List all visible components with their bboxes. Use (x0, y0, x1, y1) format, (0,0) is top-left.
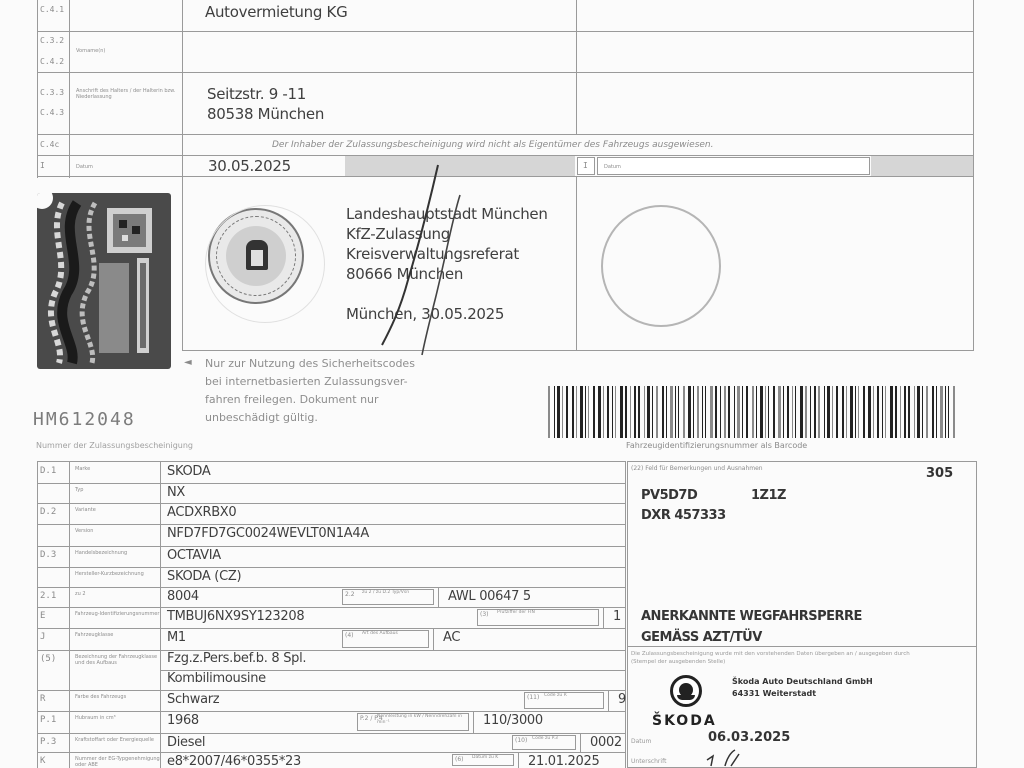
field-sub-code: (3) (480, 612, 489, 618)
field-value: 8004 (167, 589, 199, 604)
field-label: Fahrzeugklasse (75, 632, 160, 638)
field-value: Fzg.z.Pers.bef.b. 8 Spl. (167, 651, 306, 666)
security-code-sticker (37, 193, 171, 369)
table-row: Hersteller-KurzbezeichnungSKODA (CZ) (37, 567, 625, 587)
field-code: I (583, 161, 588, 170)
field-label: Hubraum in cm³ (75, 715, 160, 721)
field-label: Hersteller-Kurzbezeichnung (75, 571, 160, 577)
field-code: P.1 (40, 715, 56, 725)
field-label: Bezeichnung der Fahrzeugklasse und des A… (75, 654, 160, 666)
ownership-disclaimer: Der Inhaber der Zulassungsbescheinigung … (272, 140, 714, 150)
security-note-line: Nur zur Nutzung des Sicherheitscodes (205, 357, 415, 370)
field-value: M1 (167, 630, 186, 645)
field-value: NX (167, 485, 185, 500)
holder-city: 80538 München (207, 105, 324, 123)
dealer-header: Die Zulassungsbescheinigung wurde mit de… (631, 650, 931, 666)
field-value: e8*2007/46*0355*23 (167, 754, 301, 768)
field-code: C.4.3 (40, 108, 64, 117)
remarks-code-2: 1Z1Z (751, 488, 786, 503)
remarks-code-1: PV5D7D (641, 488, 697, 503)
table-row: (5)Bezeichnung der Fahrzeugklasse und de… (37, 650, 625, 690)
field-label: Fahrzeug-Identifizierungsnummer (75, 611, 160, 617)
table-row: EFahrzeug-IdentifizierungsnummerTMBUJ6NX… (37, 607, 625, 628)
document-number: HM612048 (33, 409, 136, 430)
remarks-note-1: ANERKANNTE WEGFAHRSPERRE (641, 609, 862, 624)
field-sub-value: 110/3000 (483, 713, 543, 728)
field-label: Marke (75, 466, 160, 472)
remarks-page-code: 305 (926, 466, 953, 481)
issue-date: 30.05.2025 (208, 157, 291, 175)
field-label: Version (75, 528, 160, 534)
dealer-date-label: Datum (631, 738, 651, 745)
table-row: D.2VarianteACDXRBX0 (37, 503, 625, 524)
field-code: C.4.1 (40, 5, 64, 14)
stamp-circle (601, 205, 721, 327)
field-label: Vorname(n) (76, 48, 105, 54)
field-code: D.1 (40, 466, 56, 476)
field-code: D.2 (40, 507, 56, 517)
security-note-line: unbeschädigt gültig. (205, 411, 318, 424)
field-sub-code: (4) (345, 633, 354, 639)
field-sub-value: 9 (618, 692, 626, 707)
remarks-note-2: GEMÄSS AZT/TÜV (641, 630, 762, 645)
dealer-signature-label: Unterschrift (631, 758, 666, 765)
field-code: E (40, 611, 45, 621)
barcode-caption: Fahrzeugidentifizierungsnummer als Barco… (626, 441, 807, 450)
field-label: zu 2 (75, 591, 160, 597)
field-sub-value: AWL 00647 5 (448, 589, 531, 604)
field-label: Datum (76, 164, 93, 170)
field-value: Schwarz (167, 692, 219, 707)
table-row: VersionNFD7FD7GC0024WEVLT0N1A4A (37, 524, 625, 546)
field-sub-label: Code zu R (544, 693, 600, 699)
field-sub-code: (6) (455, 757, 464, 763)
field-label: Typ (75, 487, 160, 493)
field-code: I (40, 161, 45, 170)
table-row: D.1MarkeSKODA (37, 462, 625, 483)
field-label: Farbe des Fahrzeugs (75, 694, 160, 700)
field-code: C.4.2 (40, 57, 64, 66)
field-value: 1968 (167, 713, 199, 728)
field-label: Anschrift des Halters / der Halterin bzw… (76, 88, 176, 100)
security-note-line: fahren freilegen. Dokument nur (205, 393, 379, 406)
field-sub-value: 21.01.2025 (528, 754, 599, 768)
field-code: (5) (40, 654, 56, 664)
holder-name: Autovermietung KG (205, 3, 347, 21)
security-note-line: bei internetbasierten Zulassungsver- (205, 375, 408, 388)
signature-icon (360, 160, 480, 360)
field-sub-value: 1 (613, 609, 621, 624)
field-value: Diesel (167, 735, 205, 750)
table-row: D.3HandelsbezeichnungOCTAVIA (37, 546, 625, 567)
table-row: P.3Kraftstoffart oder EnergiequelleDiese… (37, 733, 625, 752)
field-sub-value: AC (443, 630, 460, 645)
field-sub-label: Art des Aufbaus (362, 631, 425, 637)
table-row: TypNX (37, 483, 625, 503)
dealer-name: Škoda Auto Deutschland GmbH (732, 677, 873, 686)
field-code: C.4c (40, 140, 59, 149)
field-sub-code: 2.2 (345, 592, 355, 598)
field-sub-code: (11) (527, 695, 539, 701)
arrow-left-icon: ◄ (184, 357, 192, 368)
dealer-signature-icon (705, 748, 745, 768)
field-value: ACDXRBX0 (167, 505, 236, 520)
table-row: JFahrzeugklasseM1(4)Art des AufbausAC (37, 628, 625, 650)
field-sub-label: Prüfziffer der FIN (497, 610, 595, 616)
dealer-brand: ŠKODA (652, 713, 717, 729)
table-row: 2.1zu 280042.2zu 2 / zu D.2 Typ/VsnAWL 0… (37, 587, 625, 607)
field-sub-label: Nennleistung in kW / Nenndrehzahl in min… (377, 714, 465, 726)
field-label: Variante (75, 507, 160, 513)
field-label: Handelsbezeichnung (75, 550, 160, 556)
field-code: K (40, 756, 45, 766)
dealer-city: 64331 Weiterstadt (732, 689, 816, 698)
field-code: 2.1 (40, 591, 56, 601)
field-code: C.3.3 (40, 88, 64, 97)
dealer-date: 06.03.2025 (708, 730, 790, 745)
field-code: J (40, 632, 45, 642)
field-sub-label: Datum zu K (472, 755, 510, 761)
field-label: Kraftstoffart oder Energiequelle (75, 737, 160, 743)
field-sub-code: (10) (515, 738, 527, 744)
field-value: OCTAVIA (167, 548, 221, 563)
table-row: P.1Hubraum in cm³1968P.2 / P.4Nennleistu… (37, 711, 625, 733)
field-code: R (40, 694, 45, 704)
field-value: TMBUJ6NX9SY123208 (167, 609, 304, 624)
remarks-code-3: DXR 457333 (641, 508, 726, 523)
holder-street: Seitzstr. 9 -11 (207, 85, 306, 103)
document-number-caption: Nummer der Zulassungsbescheinigung (36, 441, 193, 450)
field-code: P.3 (40, 737, 56, 747)
field-value: Kombilimousine (167, 671, 266, 686)
field-code: D.3 (40, 550, 56, 560)
field-sub-label: Code zu P.3 (532, 736, 572, 742)
skoda-logo-icon (670, 675, 702, 707)
remarks-header: (22) Feld für Bemerkungen und Ausnahmen (631, 465, 763, 472)
field-label: Nummer der EG-Typgenehmigung oder ABE (75, 756, 160, 768)
field-sub-label: zu 2 / zu D.2 Typ/Vsn (362, 590, 430, 596)
field-value: SKODA (CZ) (167, 569, 241, 584)
field-code: C.3.2 (40, 36, 64, 45)
vin-barcode (546, 386, 960, 438)
table-row: RFarbe des FahrzeugsSchwarz(11)Code zu R… (37, 690, 625, 711)
field-value: NFD7FD7GC0024WEVLT0N1A4A (167, 526, 369, 541)
table-row: KNummer der EG-Typgenehmigung oder ABEe8… (37, 752, 625, 768)
field-sub-value: 0002 (590, 735, 622, 750)
field-label: Datum (604, 164, 621, 170)
field-value: SKODA (167, 464, 210, 479)
